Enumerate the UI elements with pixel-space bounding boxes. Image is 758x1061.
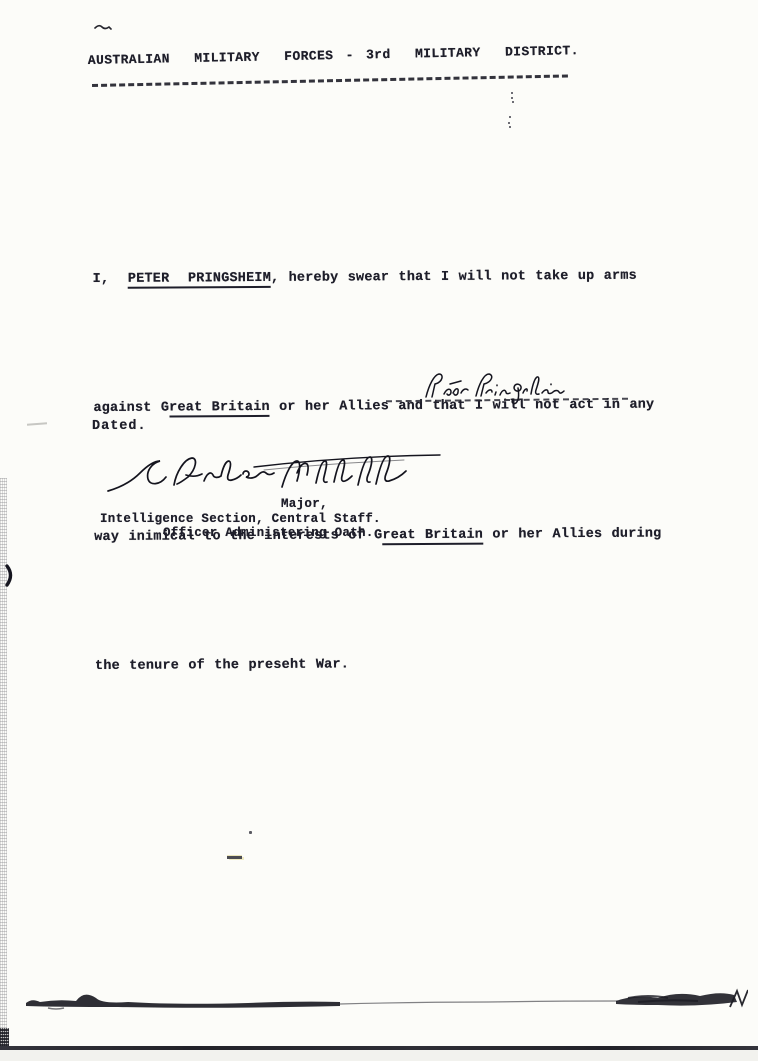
great-britain-underlined: reat Britain [169,400,270,418]
oath-line3-post: or her Allies during [483,527,661,543]
scan-artifact-dash [227,856,242,859]
scan-artifact-specks [509,116,511,118]
scan-artifact-speck [249,831,252,834]
oath-line1-post: , hereby swear that I will not take up a… [271,269,637,286]
oath-line-2: against Great Britain or her Allies and … [93,383,673,430]
officer-rank: Major, [281,497,328,511]
document-title: AUSTRALIAN MILITARY FORCES - 3rd MILITAR… [88,43,579,68]
title-dashed-underline [92,74,568,87]
scanned-oath-document: AUSTRALIAN MILITARY FORCES - 3rd MILITAR… [0,0,758,1061]
oath-line1-pre: I, [93,272,128,287]
officer-unit: Intelligence Section, Central Staff. [100,512,381,526]
great-britain-underlined: reat Britain [382,528,483,546]
dated-label: Dated. [92,419,147,434]
scan-artifact-squiggle [94,23,112,32]
scan-artifact-smudge-band [18,988,748,1016]
oath-line-1: I, PETER PRINGSHEIM, hereby swear that I… [93,254,673,301]
oath-line2-pre: against G [93,401,169,416]
scan-artifact-specks [511,92,513,94]
scan-artifact-dash [27,422,47,425]
officer-role: Officer Administering Oath. [163,526,374,540]
scan-bottom-margin [0,1050,758,1061]
declarant-signature [420,366,565,406]
officer-signature [104,441,444,497]
oath-line-4: the tenure of the preseht War. [95,641,675,688]
scanner-edge-noise [0,478,7,1061]
declarant-name-underlined: PETER PRINGSHEIM [128,271,271,289]
